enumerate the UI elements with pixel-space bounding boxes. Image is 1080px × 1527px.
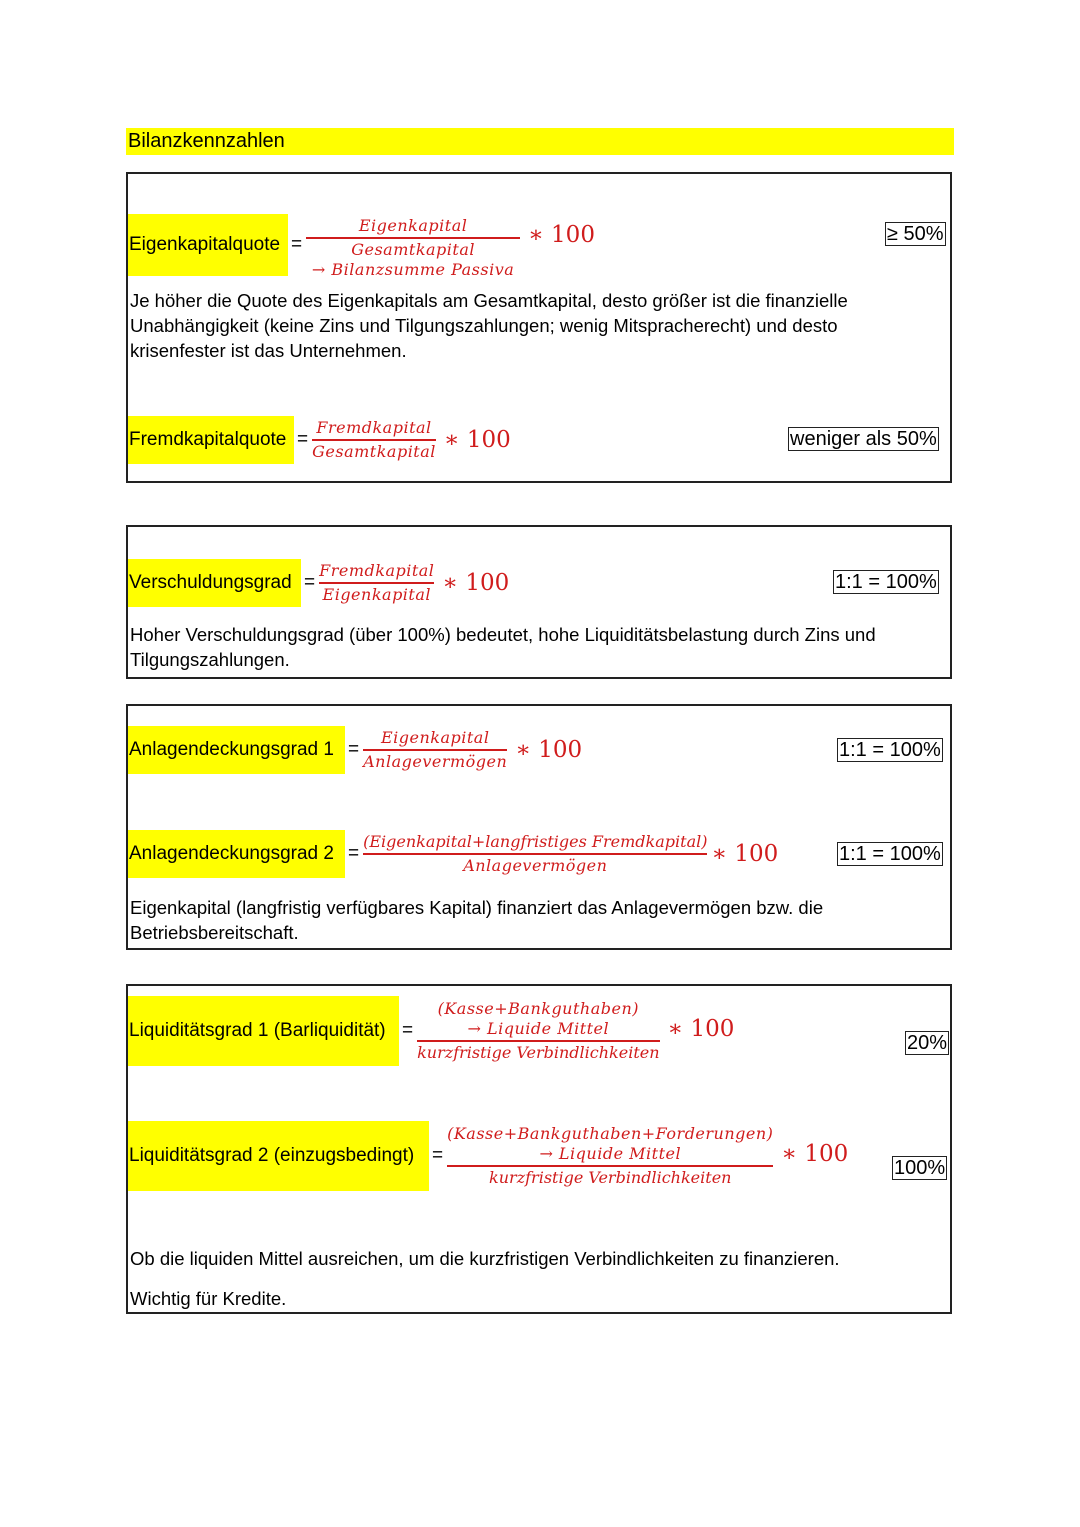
equals-sign: = xyxy=(402,1020,413,1042)
denominator: Eigenkapital xyxy=(323,585,432,605)
multiplier: ∗ 100 xyxy=(442,570,509,596)
fraction: Eigenkapital Gesamtkapital → Bilanzsumme… xyxy=(306,216,520,280)
metric-label: Anlagendeckungsgrad 2 xyxy=(128,830,345,878)
section-anlagendeckungsgrad: Anlagendeckungsgrad 1 = Eigenkapital Anl… xyxy=(126,704,952,950)
metric-label: Fremdkapitalquote xyxy=(128,416,294,464)
metric-label: Liquiditätsgrad 2 (einzugsbedingt) xyxy=(128,1121,429,1191)
description: Je höher die Quote des Eigenkapitals am … xyxy=(130,288,930,363)
numerator: Fremdkapital xyxy=(316,418,431,438)
section-liquiditaetsgrad: Liquiditätsgrad 1 (Barliquidität) = (Kas… xyxy=(126,984,952,1314)
fraction-bar xyxy=(363,749,507,751)
numerator: Eigenkapital xyxy=(381,728,490,748)
denominator: Anlagevermögen xyxy=(463,856,607,876)
metric-label: Verschuldungsgrad xyxy=(128,559,301,607)
denominator: Gesamtkapital xyxy=(351,240,475,260)
metric-label: Eigenkapitalquote xyxy=(128,214,288,276)
section-eigenkapital-fremdkapital: Eigenkapitalquote = Eigenkapital Gesamtk… xyxy=(126,172,952,483)
metric-liquiditaetsgrad-1: Liquiditätsgrad 1 (Barliquidität) = (Kas… xyxy=(128,996,734,1066)
section-verschuldungsgrad: Verschuldungsgrad = Fremdkapital Eigenka… xyxy=(126,525,952,679)
target-value-badge: 20% xyxy=(905,1031,949,1055)
multiplier: ∗ 100 xyxy=(444,427,511,453)
fraction: Eigenkapital Anlagevermögen xyxy=(363,728,507,772)
denominator: kurzfristige Verbindlichkeiten xyxy=(489,1168,731,1188)
formula: (Eigenkapital+langfristiges Fremdkapital… xyxy=(363,832,778,876)
target-value-badge: weniger als 50% xyxy=(788,427,939,451)
description: Eigenkapital (langfristig verfügbares Ka… xyxy=(130,895,930,945)
denominator-note: → Bilanzsumme Passiva xyxy=(312,260,514,280)
metric-eigenkapitalquote: Eigenkapitalquote = Eigenkapital Gesamtk… xyxy=(128,210,595,280)
fraction-bar xyxy=(312,439,436,441)
formula: Eigenkapital Gesamtkapital → Bilanzsumme… xyxy=(306,216,595,280)
fraction: Fremdkapital Gesamtkapital xyxy=(312,418,436,462)
fraction-bar xyxy=(306,237,520,239)
multiplier: ∗ 100 xyxy=(668,1016,735,1042)
formula: Fremdkapital Gesamtkapital ∗ 100 xyxy=(312,418,511,462)
fraction-bar xyxy=(447,1165,773,1167)
metric-anlagendeckungsgrad-2: Anlagendeckungsgrad 2 = (Eigenkapital+la… xyxy=(128,830,778,878)
numerator-note: → Liquide Mittel xyxy=(539,1144,681,1164)
multiplier: ∗ 100 xyxy=(528,222,595,248)
description: Hoher Verschuldungsgrad (über 100%) bede… xyxy=(130,622,930,672)
fraction: (Kasse+Bankguthaben+Forderungen) → Liqui… xyxy=(447,1124,773,1188)
multiplier: ∗ 100 xyxy=(781,1141,848,1167)
numerator: (Eigenkapital+langfristiges Fremdkapital… xyxy=(363,832,707,852)
numerator: Eigenkapital xyxy=(359,216,468,236)
metric-label: Liquiditätsgrad 1 (Barliquidität) xyxy=(128,996,399,1066)
metric-label: Anlagendeckungsgrad 1 xyxy=(128,726,345,774)
target-value-badge: 1:1 = 100% xyxy=(837,842,943,866)
numerator-note: → Liquide Mittel xyxy=(468,1019,610,1039)
metric-liquiditaetsgrad-2: Liquiditätsgrad 2 (einzugsbedingt) = (Ka… xyxy=(128,1121,848,1191)
description: Ob die liquiden Mittel ausreichen, um di… xyxy=(130,1246,930,1271)
equals-sign: = xyxy=(348,843,359,865)
fraction-bar xyxy=(363,853,707,855)
denominator: Gesamtkapital xyxy=(312,442,436,462)
fraction-bar xyxy=(417,1040,659,1042)
fraction-bar xyxy=(319,582,434,584)
numerator: (Kasse+Bankguthaben+Forderungen) xyxy=(447,1124,773,1144)
target-value-badge: 100% xyxy=(892,1156,947,1180)
numerator: (Kasse+Bankguthaben) xyxy=(438,999,639,1019)
formula: (Kasse+Bankguthaben) → Liquide Mittel ku… xyxy=(417,999,734,1063)
denominator: kurzfristige Verbindlichkeiten xyxy=(417,1043,659,1063)
equals-sign: = xyxy=(348,739,359,761)
multiplier: ∗ 100 xyxy=(515,737,582,763)
fraction: Fremdkapital Eigenkapital xyxy=(319,561,434,605)
target-value-badge: ≥ 50% xyxy=(885,222,946,246)
denominator: Anlagevermögen xyxy=(363,752,507,772)
metric-anlagendeckungsgrad-1: Anlagendeckungsgrad 1 = Eigenkapital Anl… xyxy=(128,726,582,774)
fraction: (Kasse+Bankguthaben) → Liquide Mittel ku… xyxy=(417,999,659,1063)
multiplier: ∗ 100 xyxy=(711,841,778,867)
description: Wichtig für Kredite. xyxy=(130,1286,930,1311)
formula: (Kasse+Bankguthaben+Forderungen) → Liqui… xyxy=(447,1124,848,1188)
formula: Fremdkapital Eigenkapital ∗ 100 xyxy=(319,561,509,605)
metric-fremdkapitalquote: Fremdkapitalquote = Fremdkapital Gesamtk… xyxy=(128,416,511,464)
equals-sign: = xyxy=(291,234,302,256)
target-value-badge: 1:1 = 100% xyxy=(833,570,939,594)
numerator: Fremdkapital xyxy=(319,561,434,581)
equals-sign: = xyxy=(432,1145,443,1167)
equals-sign: = xyxy=(304,572,315,594)
metric-verschuldungsgrad: Verschuldungsgrad = Fremdkapital Eigenka… xyxy=(128,559,509,607)
fraction: (Eigenkapital+langfristiges Fremdkapital… xyxy=(363,832,707,876)
target-value-badge: 1:1 = 100% xyxy=(837,738,943,762)
page-title: Bilanzkennzahlen xyxy=(126,128,954,155)
formula: Eigenkapital Anlagevermögen ∗ 100 xyxy=(363,728,582,772)
equals-sign: = xyxy=(297,429,308,451)
